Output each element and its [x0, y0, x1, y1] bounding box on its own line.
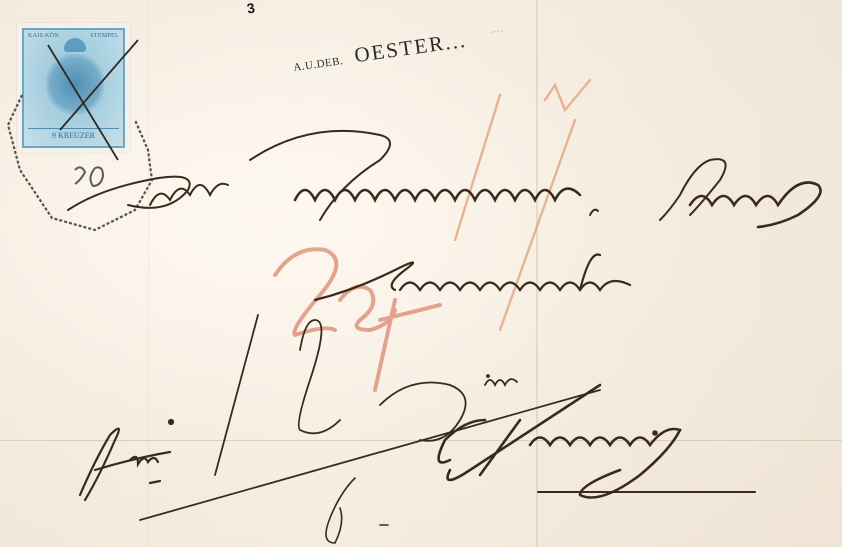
address-line-2	[315, 254, 630, 300]
pen-cross-cancel-icon	[48, 40, 138, 160]
cancel-numerals	[75, 167, 103, 186]
address-line-1	[68, 131, 821, 227]
address-line-3	[485, 375, 517, 385]
rate-mark-6	[326, 478, 388, 543]
franco-mark	[80, 420, 173, 500]
postal-cover: 3 KAIS.KÖN. STEMPEL 9 KREUZER A.U.DEB.OE…	[0, 0, 842, 547]
rate-mark-12	[140, 315, 600, 520]
red-crayon-mark	[275, 249, 440, 390]
octagonal-cancel-icon	[8, 95, 152, 230]
address-line-4	[439, 385, 755, 498]
orange-crayon-mark	[455, 80, 590, 330]
handwriting-layer	[0, 0, 842, 547]
